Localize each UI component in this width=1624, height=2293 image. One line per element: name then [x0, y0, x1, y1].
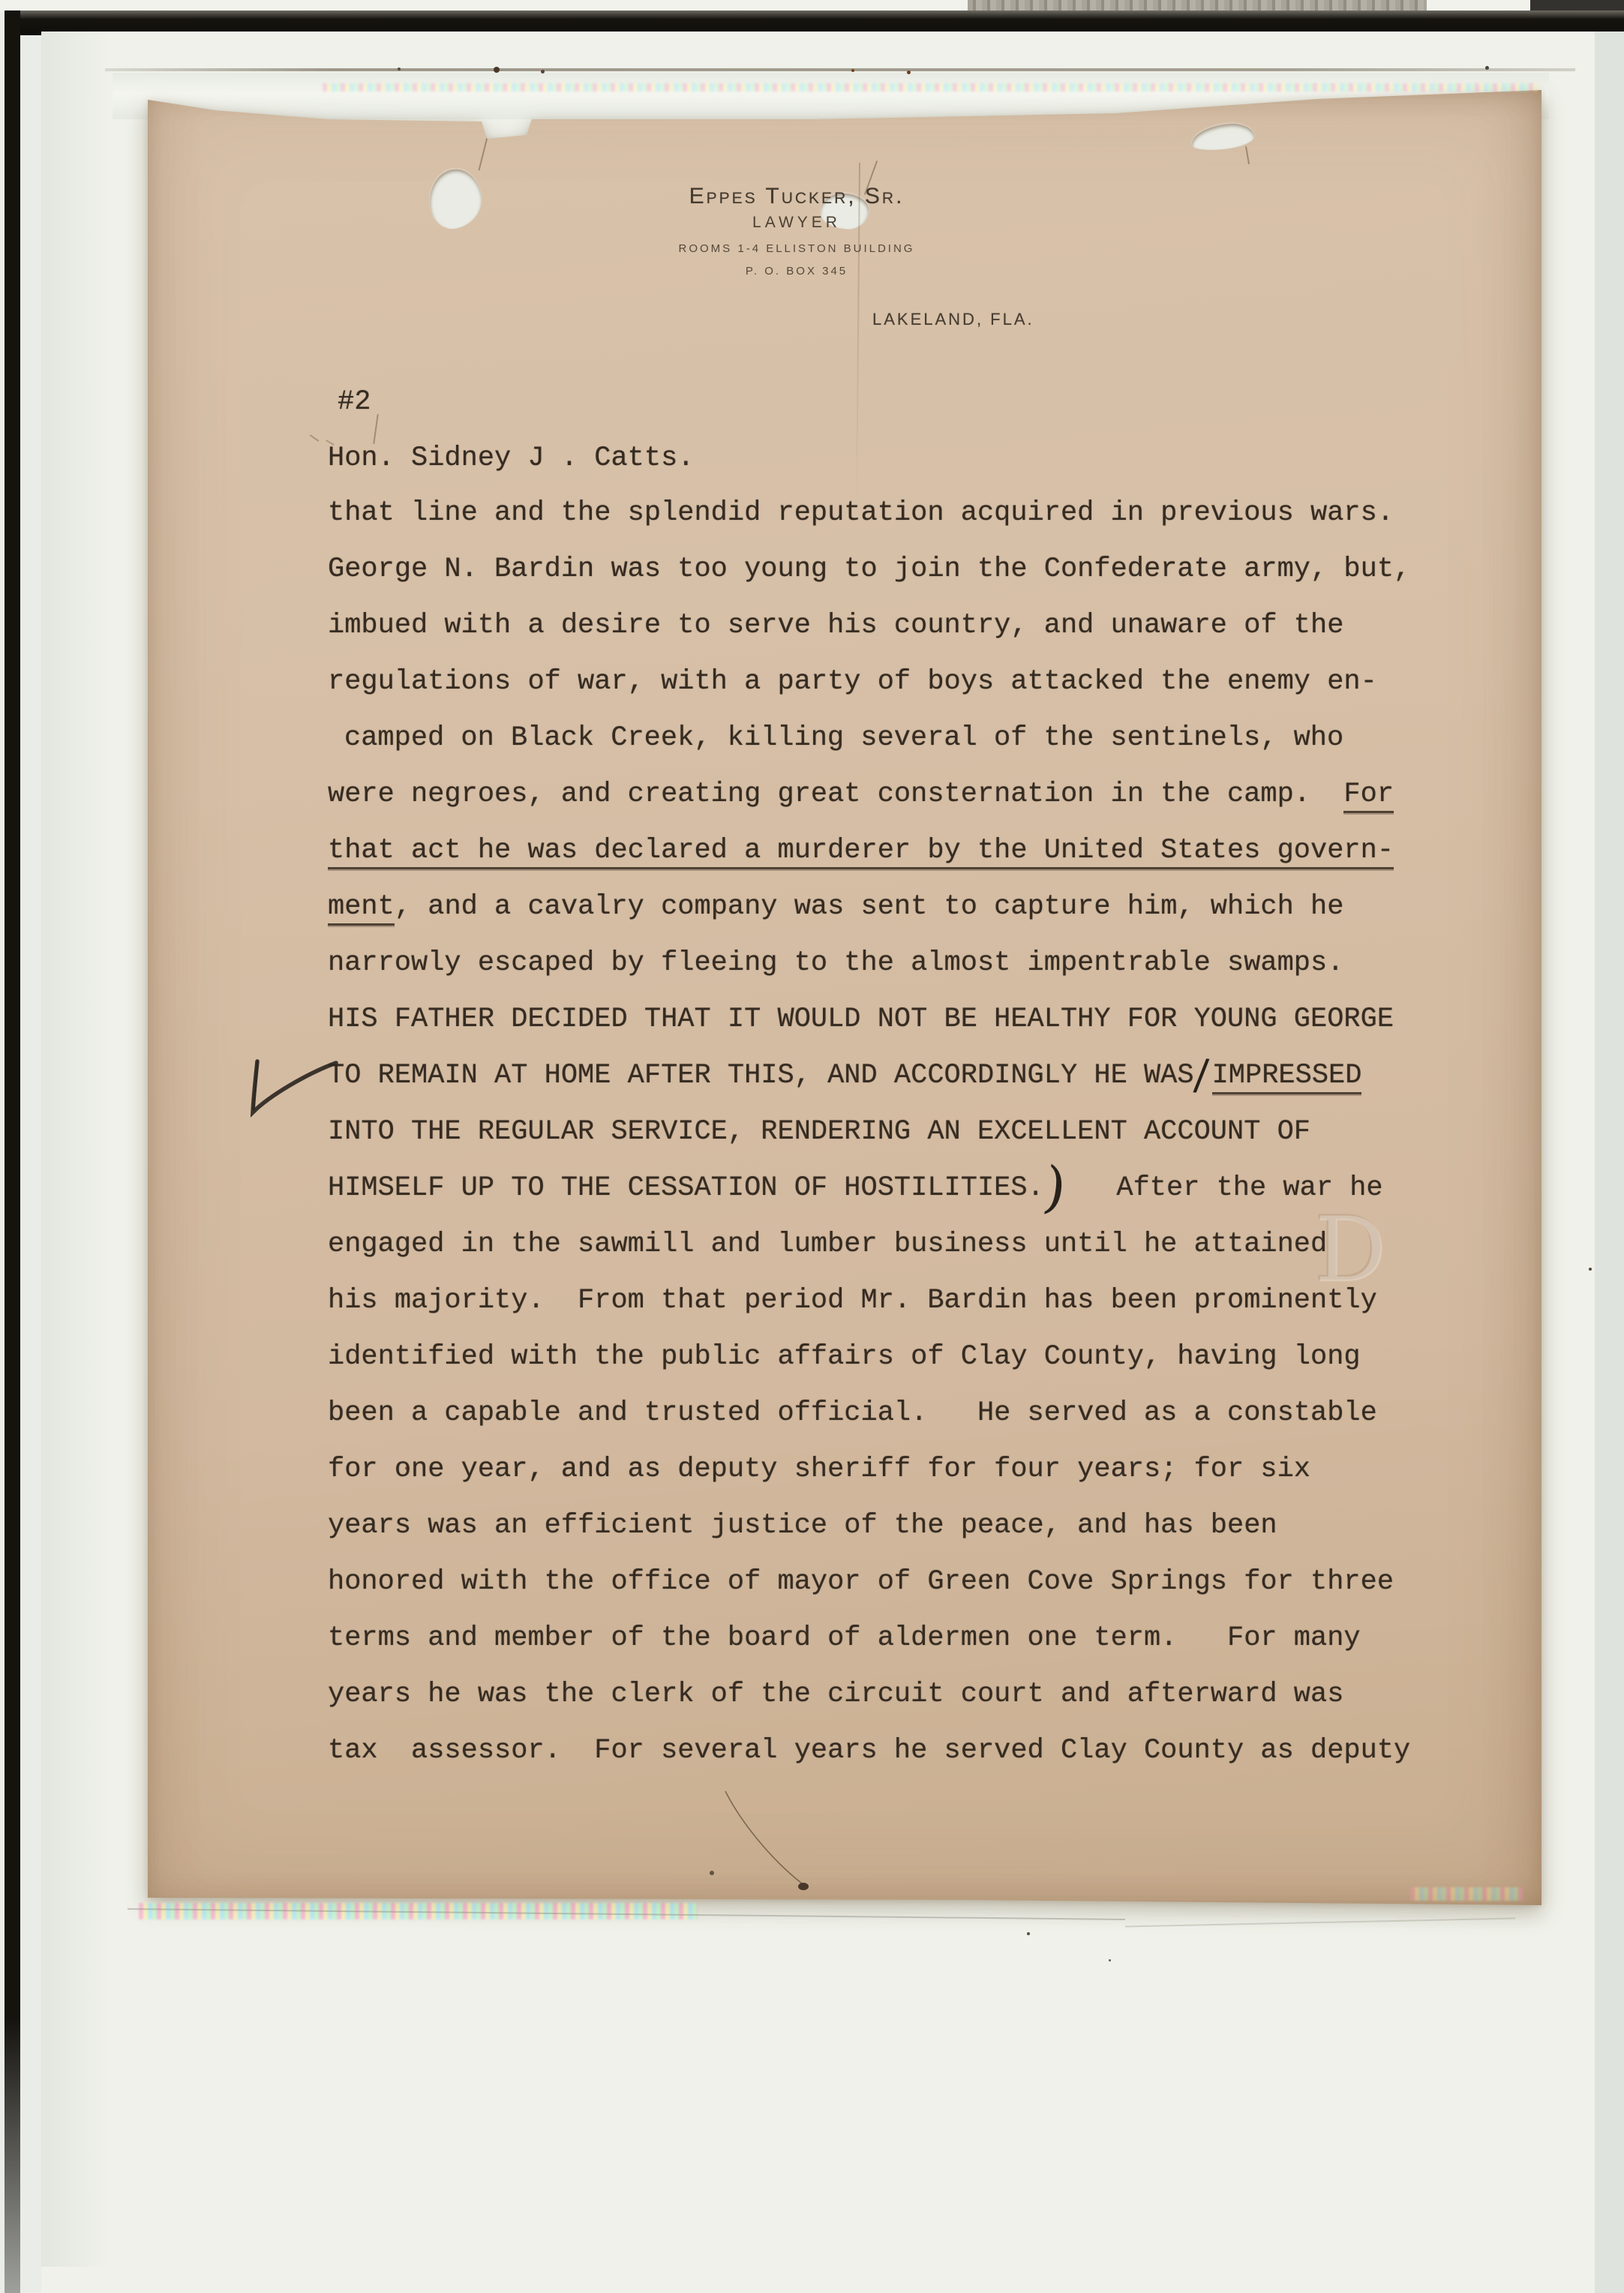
typed-underlined-text: IMPRESSED: [1212, 1060, 1362, 1094]
typed-underlined-text: For: [1343, 779, 1394, 813]
dirt-speck: [1485, 66, 1489, 70]
typed-line: years he was the clerk of the circuit co…: [328, 1667, 1528, 1723]
typed-text: imbued with a desire to serve his countr…: [328, 610, 1343, 641]
hair-scratch: [718, 1787, 815, 1896]
letter-paper: D Eppes Tucker, Sr. LAWYER ROOMS 1-4 ELL…: [148, 88, 1541, 1906]
typed-line: for one year, and as deputy sheriff for …: [328, 1442, 1528, 1498]
typed-line: engaged in the sawmill and lumber busine…: [328, 1217, 1528, 1273]
typed-underlined-text: ment: [328, 891, 395, 926]
dirt-speck: [1589, 1268, 1592, 1271]
typed-text: been a capable and trusted official. He …: [328, 1397, 1377, 1429]
typed-line: ment, and a cavalry company was sent to …: [328, 879, 1528, 935]
page-number: #2: [338, 386, 371, 418]
typed-line: narrowly escaped by fleeing to the almos…: [328, 935, 1528, 992]
sleeve-seam-line: [105, 68, 1575, 71]
dirt-speck: [398, 68, 401, 71]
dirt-speck: [851, 69, 854, 72]
typed-line: George N. Bardin was too young to join t…: [328, 542, 1528, 598]
typed-underlined-text: that act he was declared a murderer by t…: [328, 835, 1394, 869]
letterhead-address: ROOMS 1-4 ELLISTON BUILDING: [422, 242, 1172, 255]
typed-text: terms and member of the board of alderme…: [328, 1622, 1361, 1654]
typed-text: INTO THE REGULAR SERVICE, RENDERING AN E…: [328, 1116, 1310, 1148]
typed-text: that line and the splendid reputation ac…: [328, 497, 1394, 529]
salutation: Hon. Sidney J . Catts.: [328, 443, 694, 474]
typed-text: tax assessor. For several years he serve…: [328, 1735, 1410, 1766]
typed-text: years he was the clerk of the circuit co…: [328, 1679, 1343, 1710]
typed-body: that line and the splendid reputation ac…: [328, 485, 1528, 1779]
typed-line: HIMSELF UP TO THE CESSATION OF HOSTILITI…: [328, 1160, 1528, 1217]
dirt-speck: [1027, 1932, 1030, 1935]
letterhead-pobox: P. O. BOX 345: [422, 265, 1172, 278]
dirt-speck: [494, 67, 500, 73]
handwritten-closing-paren-mark: ): [1044, 1187, 1067, 1190]
typed-line: were negroes, and creating great conster…: [328, 767, 1528, 823]
typed-text: for one year, and as deputy sheriff for …: [328, 1454, 1310, 1485]
typed-text: camped on Black Creek, killing several o…: [344, 722, 1343, 754]
dirt-speck: [541, 70, 545, 74]
typed-line: INTO THE REGULAR SERVICE, RENDERING AN E…: [328, 1104, 1528, 1160]
typed-text: , and a cavalry company was sent to capt…: [395, 891, 1344, 923]
typed-line: that act he was declared a murderer by t…: [328, 823, 1528, 879]
typed-text: honored with the office of mayor of Gree…: [328, 1566, 1394, 1598]
dirt-speck: [1109, 1959, 1111, 1961]
scan-edge-bar-left: [5, 11, 20, 2293]
iridescent-reflection: [1410, 1887, 1523, 1901]
typed-text: were negroes, and creating great conster…: [328, 779, 1343, 810]
typed-line: been a capable and trusted official. He …: [328, 1385, 1528, 1442]
typed-line: his majority. From that period Mr. Bardi…: [328, 1273, 1528, 1329]
typed-text: narrowly escaped by fleeing to the almos…: [328, 947, 1343, 979]
typed-text: his majority. From that period Mr. Bardi…: [328, 1285, 1377, 1316]
handwritten-insertion-slash-mark: /: [1194, 1075, 1212, 1076]
typed-line: camped on Black Creek, killing several o…: [328, 710, 1528, 767]
typed-text: years was an efficient justice of the pe…: [328, 1510, 1277, 1541]
typed-text: TO REMAIN AT HOME AFTER THIS, AND ACCORD…: [328, 1060, 1194, 1091]
typed-text: HIMSELF UP TO THE CESSATION OF HOSTILITI…: [328, 1172, 1044, 1204]
typed-text: engaged in the sawmill and lumber busine…: [328, 1229, 1327, 1260]
iridescent-reflection: [323, 83, 1538, 92]
scan-right-band: [1595, 32, 1624, 2293]
letterhead-profession: LAWYER: [422, 214, 1172, 232]
typed-line: that line and the splendid reputation ac…: [328, 485, 1528, 542]
handwritten-check-icon: [248, 1054, 345, 1125]
letterhead-city: LAKELAND, FLA.: [872, 310, 1034, 329]
typed-line: terms and member of the board of alderme…: [328, 1610, 1528, 1667]
typed-line: honored with the office of mayor of Gree…: [328, 1554, 1528, 1610]
typed-line: imbued with a desire to serve his countr…: [328, 598, 1528, 654]
sleeve-left-shade: [41, 32, 109, 2267]
typed-line: years was an efficient justice of the pe…: [328, 1498, 1528, 1554]
typed-text: George N. Bardin was too young to join t…: [328, 554, 1410, 585]
dirt-speck: [907, 71, 911, 74]
typed-text: identified with the public affairs of Cl…: [328, 1341, 1361, 1373]
typed-line: tax assessor. For several years he serve…: [328, 1723, 1528, 1779]
typed-line: TO REMAIN AT HOME AFTER THIS, AND ACCORD…: [328, 1048, 1528, 1104]
scanned-letter-page: D Eppes Tucker, Sr. LAWYER ROOMS 1-4 ELL…: [0, 0, 1624, 2293]
typed-line: regulations of war, with a party of boys…: [328, 654, 1528, 710]
typed-line: identified with the public affairs of Cl…: [328, 1329, 1528, 1385]
typed-text: HIS FATHER DECIDED THAT IT WOULD NOT BE …: [328, 1004, 1394, 1035]
typed-text: regulations of war, with a party of boys…: [328, 666, 1377, 698]
typed-line: HIS FATHER DECIDED THAT IT WOULD NOT BE …: [328, 992, 1528, 1048]
letterhead-name: Eppes Tucker, Sr.: [422, 184, 1172, 209]
typed-text: After the war he: [1067, 1172, 1383, 1204]
